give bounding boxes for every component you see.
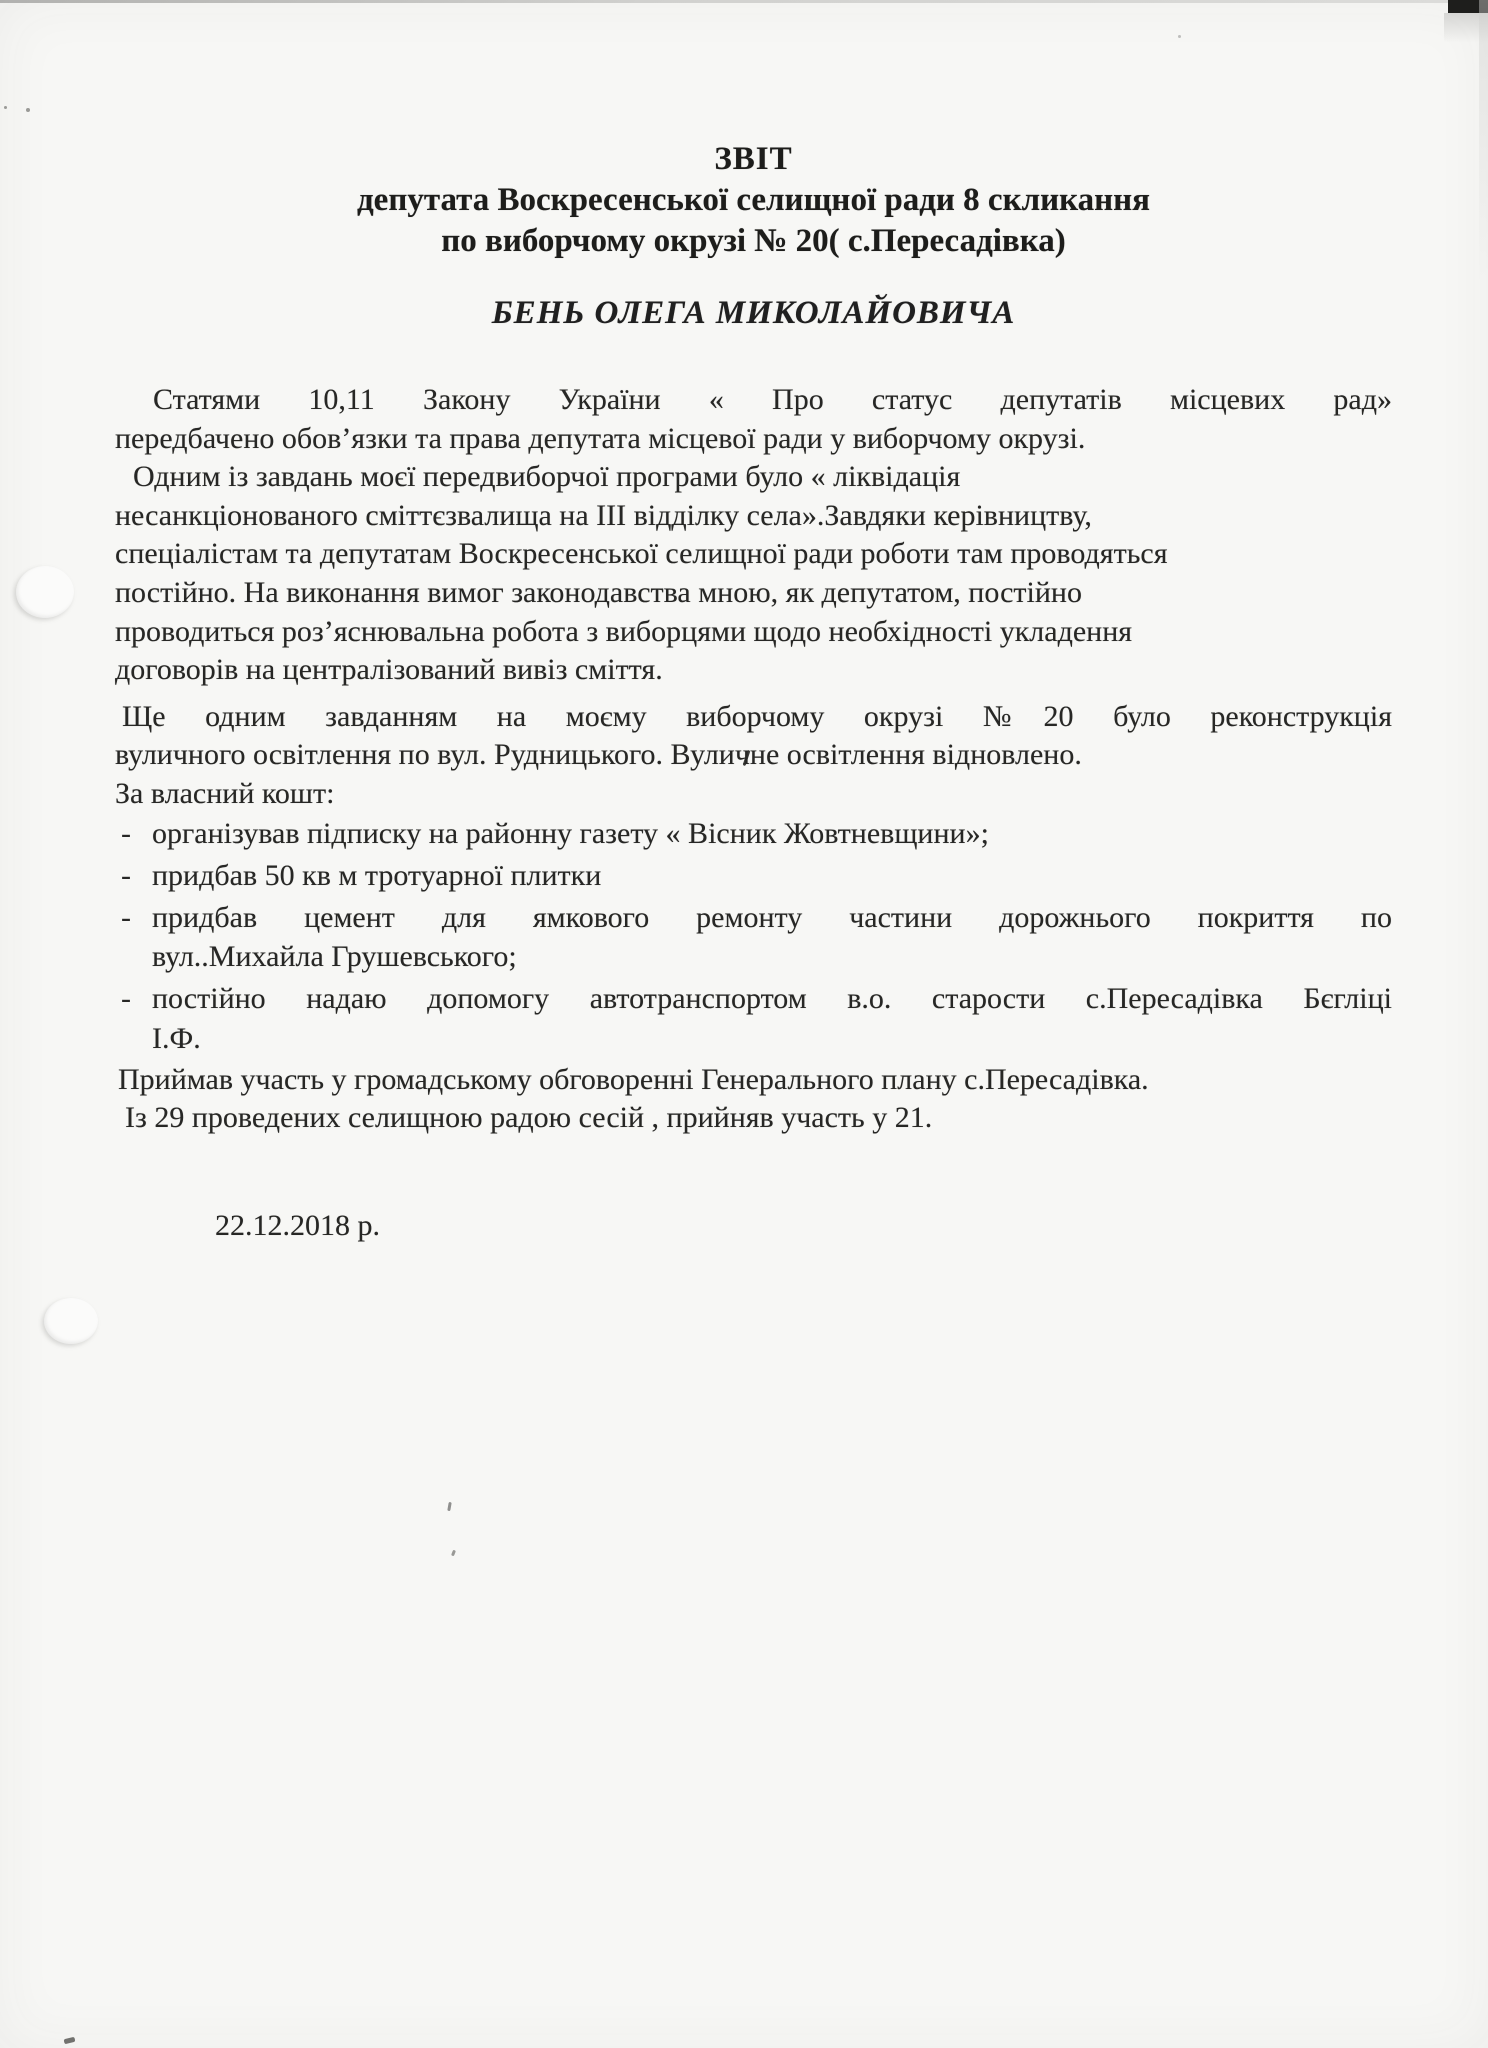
text-line: Статями 10,11 Закону України « Про стату… xyxy=(115,381,1392,420)
paragraph-lighting: Ще одним завданням на моєму виборчому ок… xyxy=(115,698,1392,775)
text-line: спеціалістам та депутатам Воскресенської… xyxy=(115,535,1392,574)
scanned-document-page: ЗВІТ депутата Воскресенської селищної ра… xyxy=(0,0,1488,2048)
report-date: 22.12.2018 р. xyxy=(215,1207,1392,1245)
closing-statement-plan: Приймав участь у громадському обговоренн… xyxy=(115,1061,1392,1100)
text-line: вуличного освітлення по вул. Рудницького… xyxy=(115,736,1392,775)
binder-hole-emboss xyxy=(44,1298,98,1344)
text-line: договорів на централізований вивіз смітт… xyxy=(115,651,1392,690)
closing-statement-sessions: Із 29 проведених селищною радою сесій , … xyxy=(115,1099,1392,1138)
document-text-column: ЗВІТ депутата Воскресенської селищної ра… xyxy=(115,0,1392,1245)
text-line: несанкціонованого сміттєзвалища на ІІІ в… xyxy=(115,497,1392,536)
list-item: - організував підписку на районну газету… xyxy=(115,814,1392,854)
text-line: вул..Михайла Грушевського; xyxy=(152,937,1392,977)
binder-hole-emboss xyxy=(16,566,74,618)
deputy-name: БЕНЬ ОЛЕГА МИКОЛАЙОВИЧА xyxy=(115,293,1392,333)
dash-bullet: - xyxy=(121,898,131,938)
report-subtitle-council: депутата Воскресенської селищної ради 8 … xyxy=(115,180,1392,221)
list-item: - придбав цемент для ямкового ремонту ча… xyxy=(115,898,1392,977)
dash-bullet: - xyxy=(121,979,131,1019)
text-line: постійно надаю допомогу автотранспортом … xyxy=(152,979,1392,1019)
paragraph-statutes: Статями 10,11 Закону України « Про стату… xyxy=(115,381,1392,458)
text-line: Одним із завдань моєї передвиборчої прог… xyxy=(115,458,1392,497)
text-line: І.Ф. xyxy=(152,1019,1392,1059)
scan-right-edge-shade xyxy=(1479,0,1488,280)
text-line: придбав цемент для ямкового ремонту част… xyxy=(152,898,1392,938)
stray-pen-mark xyxy=(447,1502,452,1511)
ink-speck xyxy=(4,106,7,109)
list-item: - придбав 50 кв м тротуарної плитки xyxy=(115,856,1392,896)
text-line: організував підписку на районну газету «… xyxy=(152,814,1392,854)
text-line: придбав 50 кв м тротуарної плитки xyxy=(152,856,1392,896)
dash-bullet: - xyxy=(121,856,131,896)
report-title: ЗВІТ xyxy=(115,139,1392,180)
report-subtitle-district: по виборчому окрузі № 20( с.Пересадівка) xyxy=(115,221,1392,262)
text-line: постійно. На виконання вимог законодавст… xyxy=(115,574,1392,613)
paragraph-landfill: Одним із завдань моєї передвиборчої прог… xyxy=(115,458,1392,690)
stray-pen-mark xyxy=(451,1550,456,1557)
ink-speck xyxy=(26,108,30,112)
stray-pen-mark xyxy=(64,2037,76,2045)
text-line: передбачено обов’язки та права депутата … xyxy=(115,420,1392,459)
dash-bullet: - xyxy=(121,814,131,854)
own-cost-heading: За власний кошт: xyxy=(115,775,1392,814)
list-item: - постійно надаю допомогу автотранспорто… xyxy=(115,979,1392,1058)
text-line: проводиться роз’яснювальна робота з вибо… xyxy=(115,613,1392,652)
achievements-list: - організував підписку на районну газету… xyxy=(115,814,1392,1059)
text-line: Ще одним завданням на моєму виборчому ок… xyxy=(115,698,1392,737)
